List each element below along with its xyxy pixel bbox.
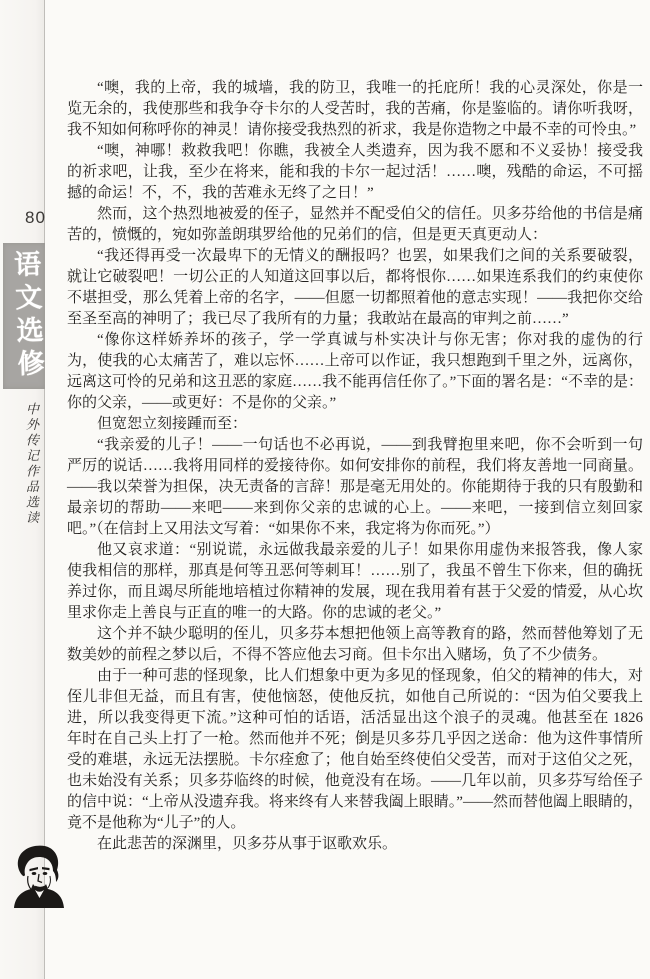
body-paragraph: 但宽恕立刻接踵而至： — [67, 414, 643, 435]
body-paragraph: “噢，神哪！救救我吧！你瞧，我被全人类遗弃，因为我不愿和不义妥协！接受我的祈求吧… — [67, 141, 643, 204]
page-number: 80 — [25, 208, 46, 228]
body-paragraph: “我亲爱的儿子！——一句话也不必再说，——到我臂抱里来吧，你不会听到一句严厉的说… — [67, 435, 643, 540]
body-paragraph: 他又哀求道：“别说谎，永远做我最亲爱的儿子！如果你用虚伪来报答我，像人家使我相信… — [67, 540, 643, 624]
book-subtitle-vertical: 中外传记作品选读 — [22, 402, 41, 526]
body-paragraph: 在此悲苦的深渊里，贝多芬从事于讴歌欢乐。 — [67, 834, 643, 855]
page-edge-line — [44, 0, 45, 979]
body-paragraph: “像你这样娇养坏的孩子，学一学真诚与朴实决计与你无害；你对我的虚伪的行为，使我的… — [67, 330, 643, 414]
series-tab: 语文选修 — [3, 243, 45, 389]
beethoven-portrait-icon — [12, 844, 66, 908]
body-paragraph: “我还得再受一次最卑下的无情义的酬报吗？也罢，如果我们之间的关系要破裂，就让它破… — [67, 246, 643, 330]
body-text: “噢，我的上帝，我的城墙，我的防卫，我唯一的托庇所！我的心灵深处，你是一览无余的… — [67, 78, 643, 855]
body-paragraph: 然而，这个热烈地被爱的侄子，显然并不配受伯父的信任。贝多芬给他的书信是痛苦的，愤… — [67, 204, 643, 246]
body-paragraph: 这个并不缺少聪明的侄儿，贝多芬本想把他领上高等教育的路，然而替他筹划了无数美妙的… — [67, 624, 643, 666]
series-tab-title: 语文选修 — [10, 250, 42, 383]
body-paragraph: “噢，我的上帝，我的城墙，我的防卫，我唯一的托庇所！我的心灵深处，你是一览无余的… — [67, 78, 643, 141]
body-paragraph: 由于一种可悲的怪现象，比人们想象中更为多见的怪现象，伯父的精神的伟大，对侄儿非但… — [67, 666, 643, 834]
